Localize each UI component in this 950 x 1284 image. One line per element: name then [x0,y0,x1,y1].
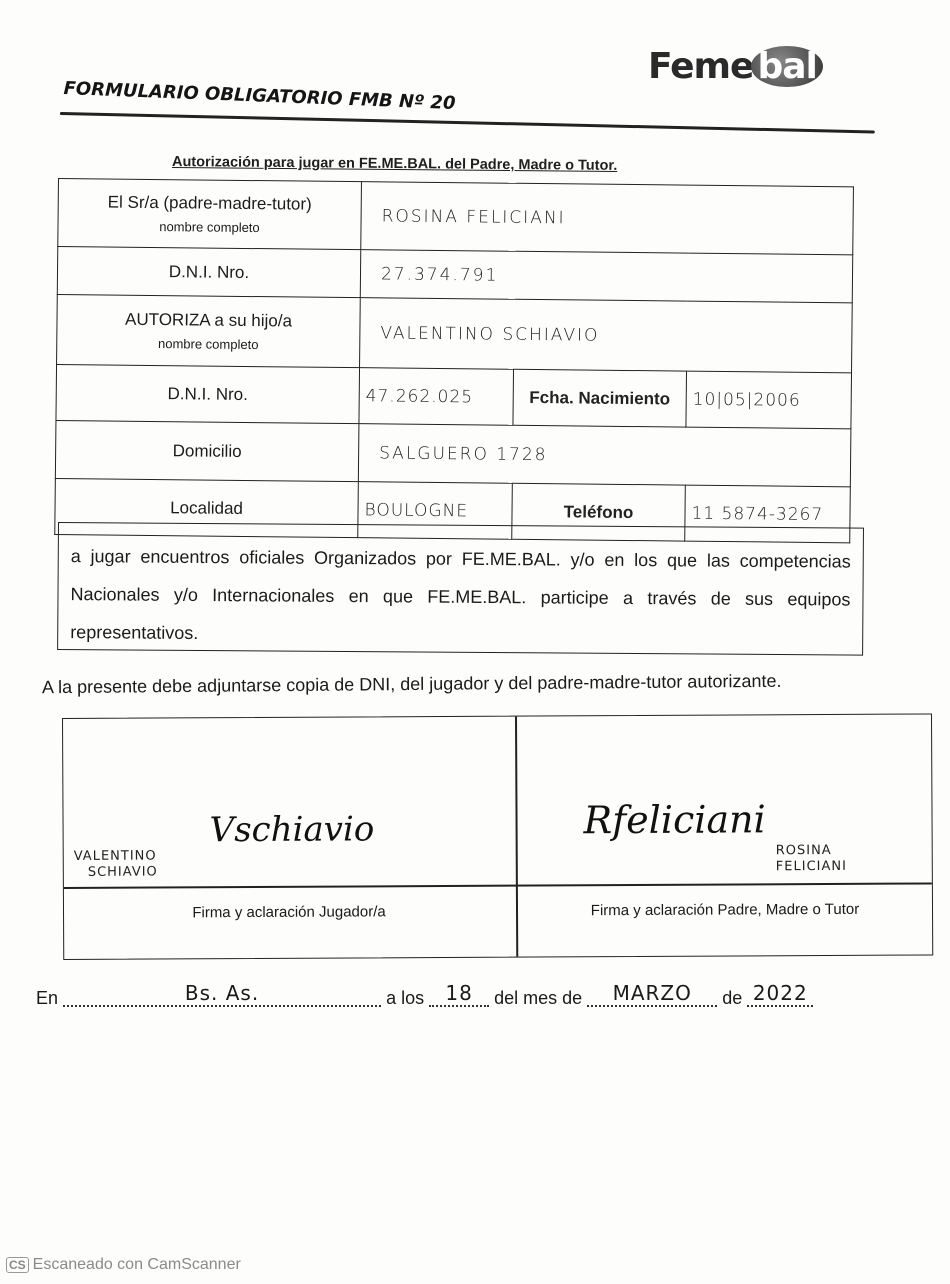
femebal-logo: Femebal [648,46,823,87]
table-row: Domicilio SALGUERO 1728 [55,420,851,486]
day-field[interactable]: 18 [429,981,489,1007]
a-los-label: a los [386,988,424,1008]
attachment-note: A la presente debe adjuntarse copia de D… [42,671,782,698]
player-signature[interactable]: Vschiavio [209,809,374,850]
guardian-name-line2: FELICIANI [776,859,847,875]
table-row: El Sr/a (padre-madre-tutor) nombre compl… [58,179,854,255]
place-field[interactable]: Bs. As. [63,981,381,1007]
ball-logo-icon: bal [751,46,822,87]
authorization-clause: a jugar encuentros oficiales Organizados… [57,522,864,656]
player-printed-name: VALENTINO SCHIAVIO [74,849,158,881]
table-row: D.N.I. Nro. 47.262.025 Fcha. Nacimiento … [56,364,852,428]
child-sublabel: nombre completo [58,335,358,353]
signature-box: VALENTINO SCHIAVIO Vschiavio Firma y acl… [62,713,933,960]
guardian-printed-name: ROSINA FELICIANI [776,843,847,875]
signature-divider-horizontal [64,882,932,888]
title-divider [60,112,875,133]
child-dni-label: D.N.I. Nro. [56,364,360,423]
guardian-name-field[interactable]: ROSINA FELICIANI [361,182,854,255]
guardian-name-line1: ROSINA [776,843,847,859]
form-title: FORMULARIO OBLIGATORIO FMB Nº 20 [63,78,456,114]
guardian-label: El Sr/a (padre-madre-tutor) nombre compl… [58,179,362,250]
camscanner-icon: CS [6,1257,29,1273]
signature-divider-vertical [515,717,518,957]
mes-label: del mes de [494,988,582,1008]
guardian-sublabel: nombre completo [59,218,359,236]
guardian-signature[interactable]: Rfeliciani [583,797,765,842]
table-row: D.N.I. Nro. 27.374.791 [57,247,852,303]
guardian-label-text: El Sr/a (padre-madre-tutor) [108,193,312,214]
year-field[interactable]: 2022 [747,981,813,1007]
month-field[interactable]: MARZO [587,981,717,1007]
player-name-line2: SCHIAVIO [88,865,158,881]
birth-date-field[interactable]: 10|05|2006 [686,371,852,429]
de-label: de [722,988,742,1008]
child-name-field[interactable]: VALENTINO SCHIAVIO [360,298,853,373]
guardian-dni-label: D.N.I. Nro. [57,247,360,298]
logo-text: Feme [648,46,753,87]
table-row: AUTORIZA a su hijo/a nombre completo VAL… [57,294,853,372]
player-signature-caption: Firma y aclaración Jugador/a [64,903,514,922]
scanner-watermark: CSEscaneado con CamScanner [6,1256,241,1274]
authorization-table: El Sr/a (padre-madre-tutor) nombre compl… [54,178,854,543]
address-label: Domicilio [55,420,359,481]
player-name-line1: VALENTINO [74,849,158,865]
child-dni-field[interactable]: 47.262.025 [359,368,514,426]
birth-date-label: Fcha. Nacimiento [513,369,687,427]
child-label-text: AUTORIZA a su hijo/a [125,310,292,331]
watermark-text: Escaneado con CamScanner [33,1256,241,1273]
form-subtitle: Autorización para jugar en FE.ME.BAL. de… [172,154,617,174]
guardian-signature-caption: Firma y aclaración Padre, Madre o Tutor [516,900,934,919]
child-label: AUTORIZA a su hijo/a nombre completo [57,294,361,367]
en-label: En [36,988,58,1008]
address-field[interactable]: SALGUERO 1728 [358,424,851,487]
date-place-line: En Bs. As. a los 18 del mes de MARZO de … [36,985,813,1011]
guardian-dni-field[interactable]: 27.374.791 [360,250,852,303]
